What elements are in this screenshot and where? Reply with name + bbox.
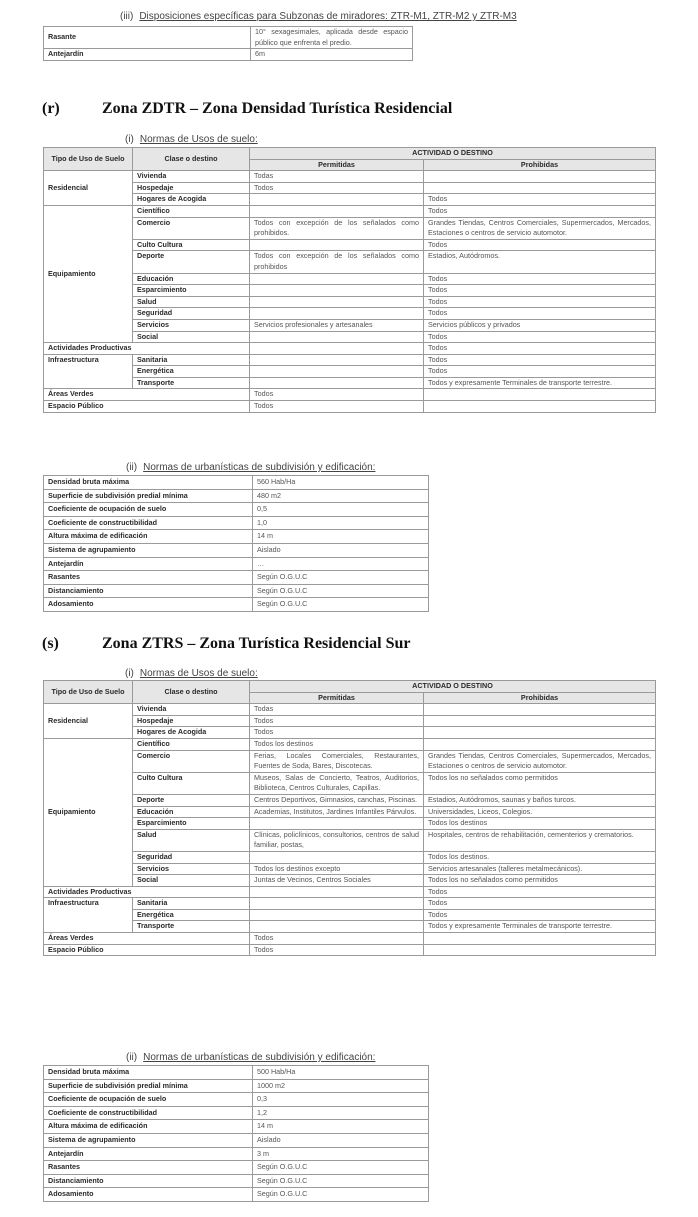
header-actividad: ACTIVIDAD O DESTINO xyxy=(250,681,656,693)
use-class: Educación xyxy=(133,273,250,285)
prohibited-cell: Hospitales, centros de rehabilitación, c… xyxy=(424,829,656,851)
prohibited-cell xyxy=(424,401,656,413)
norm-value: Aislado xyxy=(253,543,429,557)
table-row: Hogares de AcogidaTodos xyxy=(44,727,656,739)
prohibited-cell: Todos xyxy=(424,194,656,206)
prohibited-cell xyxy=(424,944,656,956)
allowed-cell xyxy=(250,354,424,366)
use-class: Hogares de Acogida xyxy=(133,727,250,739)
table-row: Antejardín… xyxy=(44,557,429,571)
norm-value: 1,2 xyxy=(253,1106,429,1120)
table-row: TransporteTodos y expresamente Terminale… xyxy=(44,921,656,933)
table-row: ResidencialViviendaTodas xyxy=(44,704,656,716)
use-type: Áreas Verdes xyxy=(44,389,250,401)
table-row: Superficie de subdivisión predial mínima… xyxy=(44,1079,429,1093)
allowed-cell: Todos xyxy=(250,933,424,945)
norm-value: … xyxy=(253,557,429,571)
use-type: Espacio Público xyxy=(44,944,250,956)
table-row: Antejardín 6m xyxy=(44,49,413,61)
allowed-cell: Clínicas, policlínicos, consultorios, ce… xyxy=(250,829,424,851)
table-row: EnergéticaTodos xyxy=(44,909,656,921)
row-value: 10° sexagesimales, aplicada desde espaci… xyxy=(251,27,413,49)
use-class: Salud xyxy=(133,829,250,851)
norms-table-zdtr: Densidad bruta máxima560 Hab/HaSuperfici… xyxy=(43,475,429,612)
use-class: Energética xyxy=(133,909,250,921)
use-class: Deporte xyxy=(133,794,250,806)
norm-value: Según O.G.U.C xyxy=(253,1161,429,1175)
table-row: Altura máxima de edificación14 m xyxy=(44,1120,429,1134)
norm-label: Densidad bruta máxima xyxy=(44,476,253,490)
prohibited-cell xyxy=(424,182,656,194)
norms-caption: (ii)Normas de urbanísticas de subdivisió… xyxy=(126,462,375,473)
use-type: Áreas Verdes xyxy=(44,933,250,945)
prohibited-cell: Universidades, Liceos, Colegios. xyxy=(424,806,656,818)
use-class: Seguridad xyxy=(133,308,250,320)
table-row: SaludTodos xyxy=(44,296,656,308)
allowed-cell: Todos con excepción de los señalados com… xyxy=(250,251,424,273)
prohibited-cell xyxy=(424,727,656,739)
allowed-cell xyxy=(250,205,424,217)
row-label: Antejardín xyxy=(44,49,251,61)
table-row: Áreas VerdesTodos xyxy=(44,933,656,945)
table-row: SeguridadTodos los destinos. xyxy=(44,851,656,863)
prohibited-cell: Estadios, Autódromos, saunas y baños tur… xyxy=(424,794,656,806)
zone-title: Zona ZDTR – Zona Densidad Turística Resi… xyxy=(102,100,452,117)
prohibited-cell: Servicios públicos y privados xyxy=(424,319,656,331)
allowed-cell xyxy=(250,239,424,251)
prohibited-cell: Todos xyxy=(424,308,656,320)
table-row: Altura máxima de edificación14 m xyxy=(44,530,429,544)
use-class: Hospedaje xyxy=(133,715,250,727)
table-row: Rasante 10° sexagesimales, aplicada desd… xyxy=(44,27,413,49)
use-class: Servicios xyxy=(133,863,250,875)
miradores-table: Rasante 10° sexagesimales, aplicada desd… xyxy=(43,26,413,61)
norm-label: Superficie de subdivisión predial mínima xyxy=(44,1079,253,1093)
table-row: DistanciamientoSegún O.G.U.C xyxy=(44,1174,429,1188)
use-type: Equipamiento xyxy=(44,205,133,342)
use-class: Hogares de Acogida xyxy=(133,194,250,206)
prohibited-cell: Todos y expresamente Terminales de trans… xyxy=(424,377,656,389)
table-row: ServiciosServicios profesionales y artes… xyxy=(44,319,656,331)
use-type: Actividades Productivas xyxy=(44,886,250,898)
urban-norms-table: Densidad bruta máxima500 Hab/HaSuperfici… xyxy=(43,1065,429,1202)
caption-number: (iii) xyxy=(120,11,133,22)
table-row: DeporteTodos con excepción de los señala… xyxy=(44,251,656,273)
table-row: Actividades ProductivasTodos xyxy=(44,343,656,355)
header-actividad: ACTIVIDAD O DESTINO xyxy=(250,148,656,160)
use-class: Esparcimiento xyxy=(133,818,250,830)
norm-label: Adosamiento xyxy=(44,1188,253,1202)
table-row: Sistema de agrupamientoAislado xyxy=(44,543,429,557)
norm-label: Densidad bruta máxima xyxy=(44,1066,253,1080)
use-class: Comercio xyxy=(133,750,250,772)
use-class: Sanitaria xyxy=(133,354,250,366)
use-class: Deporte xyxy=(133,251,250,273)
table-row: Densidad bruta máxima560 Hab/Ha xyxy=(44,476,429,490)
use-type: Espacio Público xyxy=(44,401,250,413)
table-row: Coeficiente de constructibilidad1,2 xyxy=(44,1106,429,1120)
table-row: ServiciosTodos los destinos exceptoServi… xyxy=(44,863,656,875)
table-row: HospedajeTodos xyxy=(44,182,656,194)
allowed-cell xyxy=(250,331,424,343)
table-row: Culto CulturaMuseos, Salas de Concierto,… xyxy=(44,772,656,794)
table-row: EsparcimientoTodos xyxy=(44,285,656,297)
table-row: RasantesSegún O.G.U.C xyxy=(44,571,429,585)
uses-table-ztrs: Tipo de Uso de SueloClase o destinoACTIV… xyxy=(43,680,656,956)
zone-heading-zdtr: (r)Zona ZDTR – Zona Densidad Turística R… xyxy=(42,100,452,118)
table-row: SeguridadTodos xyxy=(44,308,656,320)
prohibited-cell xyxy=(424,171,656,183)
prohibited-cell: Todos xyxy=(424,898,656,910)
norm-value: 14 m xyxy=(253,1120,429,1134)
table-row: Densidad bruta máxima500 Hab/Ha xyxy=(44,1066,429,1080)
allowed-cell: Todos los destinos xyxy=(250,738,424,750)
table-row: Coeficiente de constructibilidad1,0 xyxy=(44,516,429,530)
header-prohibidas: Prohibidas xyxy=(424,159,656,171)
allowed-cell xyxy=(250,898,424,910)
use-class: Vivienda xyxy=(133,704,250,716)
prohibited-cell: Todos xyxy=(424,239,656,251)
use-class: Sanitaria xyxy=(133,898,250,910)
use-type: Equipamiento xyxy=(44,738,133,886)
table-row: EsparcimientoTodos los destinos xyxy=(44,818,656,830)
header-clase: Clase o destino xyxy=(133,681,250,704)
use-class: Esparcimiento xyxy=(133,285,250,297)
norm-label: Antejardín xyxy=(44,1147,253,1161)
allowed-cell: Todas xyxy=(250,171,424,183)
norm-value: 480 m2 xyxy=(253,489,429,503)
prohibited-cell: Todos xyxy=(424,331,656,343)
use-class: Comercio xyxy=(133,217,250,239)
use-class: Científico xyxy=(133,205,250,217)
use-type: Infraestructura xyxy=(44,898,133,933)
norm-value: Según O.G.U.C xyxy=(253,598,429,612)
norm-label: Altura máxima de edificación xyxy=(44,1120,253,1134)
table-row: SaludClínicas, policlínicos, consultorio… xyxy=(44,829,656,851)
allowed-cell xyxy=(250,909,424,921)
norm-value: 500 Hab/Ha xyxy=(253,1066,429,1080)
header-clase: Clase o destino xyxy=(133,148,250,171)
allowed-cell: Museos, Salas de Concierto, Teatros, Aud… xyxy=(250,772,424,794)
prohibited-cell xyxy=(424,933,656,945)
row-value: 6m xyxy=(251,49,413,61)
norm-label: Coeficiente de constructibilidad xyxy=(44,1106,253,1120)
norm-label: Coeficiente de ocupación de suelo xyxy=(44,503,253,517)
use-class: Salud xyxy=(133,296,250,308)
prohibited-cell: Servicios artesanales (talleres metalmec… xyxy=(424,863,656,875)
table-row: EducaciónAcademias, Institutos, Jardines… xyxy=(44,806,656,818)
table-row: SocialJuntas de Vecinos, Centros Sociale… xyxy=(44,875,656,887)
caption-text: Normas de Usos de suelo: xyxy=(140,134,258,145)
allowed-cell xyxy=(250,308,424,320)
allowed-cell xyxy=(250,366,424,378)
table-row: Sistema de agrupamientoAislado xyxy=(44,1133,429,1147)
table-row: DeporteCentros Deportivos, Gimnasios, ca… xyxy=(44,794,656,806)
norms-caption: (ii)Normas de urbanísticas de subdivisió… xyxy=(126,1052,375,1063)
prohibited-cell: Todos xyxy=(424,886,656,898)
prohibited-cell: Todos xyxy=(424,366,656,378)
norm-label: Altura máxima de edificación xyxy=(44,530,253,544)
norm-label: Distanciamiento xyxy=(44,584,253,598)
table-row: Actividades ProductivasTodos xyxy=(44,886,656,898)
allowed-cell xyxy=(250,273,424,285)
prohibited-cell: Todos xyxy=(424,343,656,355)
table-row: SocialTodos xyxy=(44,331,656,343)
table-row: InfraestructuraSanitariaTodos xyxy=(44,898,656,910)
use-type: Infraestructura xyxy=(44,354,133,389)
table-row: Coeficiente de ocupación de suelo0,5 xyxy=(44,503,429,517)
allowed-cell: Todos xyxy=(250,401,424,413)
header-prohibidas: Prohibidas xyxy=(424,692,656,704)
use-class: Transporte xyxy=(133,377,250,389)
prohibited-cell: Todos los no señalados como permitidos xyxy=(424,875,656,887)
use-type: Residencial xyxy=(44,171,133,206)
header-row: Tipo de Uso de SueloClase o destinoACTIV… xyxy=(44,148,656,160)
norm-value: Según O.G.U.C xyxy=(253,584,429,598)
norm-label: Rasantes xyxy=(44,1161,253,1175)
allowed-cell: Centros Deportivos, Gimnasios, canchas, … xyxy=(250,794,424,806)
prohibited-cell: Todos xyxy=(424,285,656,297)
caption-text: Normas de urbanísticas de subdivisión y … xyxy=(143,1052,375,1063)
table-row: ResidencialViviendaTodas xyxy=(44,171,656,183)
table-row: Espacio PúblicoTodos xyxy=(44,944,656,956)
allowed-cell xyxy=(250,851,424,863)
table-row: InfraestructuraSanitariaTodos xyxy=(44,354,656,366)
table-row: EquipamientoCientíficoTodos xyxy=(44,205,656,217)
use-class: Hospedaje xyxy=(133,182,250,194)
table-row: TransporteTodos y expresamente Terminale… xyxy=(44,377,656,389)
norm-label: Coeficiente de ocupación de suelo xyxy=(44,1093,253,1107)
norm-value: Según O.G.U.C xyxy=(253,571,429,585)
table-row: Antejardín3 m xyxy=(44,1147,429,1161)
zone-title: Zona ZTRS – Zona Turística Residencial S… xyxy=(102,635,411,652)
use-class: Energética xyxy=(133,366,250,378)
caption-text: Normas de urbanísticas de subdivisión y … xyxy=(143,462,375,473)
allowed-cell: Todos xyxy=(250,182,424,194)
norm-label: Antejardín xyxy=(44,557,253,571)
table-row: Culto CulturaTodos xyxy=(44,239,656,251)
prohibited-cell xyxy=(424,738,656,750)
allowed-cell: Todas xyxy=(250,704,424,716)
miradores-caption: (iii)Disposiciones específicas para Subz… xyxy=(120,11,517,22)
norm-value: 0,5 xyxy=(253,503,429,517)
prohibited-cell: Todos los destinos. xyxy=(424,851,656,863)
caption-number: (i) xyxy=(125,134,134,145)
norm-label: Coeficiente de constructibilidad xyxy=(44,516,253,530)
allowed-cell: Todos los destinos excepto xyxy=(250,863,424,875)
table-row: RasantesSegún O.G.U.C xyxy=(44,1161,429,1175)
zone-letter: (r) xyxy=(42,100,102,118)
land-use-table: Tipo de Uso de SueloClase o destinoACTIV… xyxy=(43,147,656,413)
header-tipo: Tipo de Uso de Suelo xyxy=(44,681,133,704)
use-class: Científico xyxy=(133,738,250,750)
caption-number: (ii) xyxy=(126,1052,137,1063)
allowed-cell xyxy=(250,886,424,898)
norm-label: Rasantes xyxy=(44,571,253,585)
caption-number: (ii) xyxy=(126,462,137,473)
use-class: Social xyxy=(133,875,250,887)
allowed-cell: Todos xyxy=(250,389,424,401)
prohibited-cell: Grandes Tiendas, Centros Comerciales, Su… xyxy=(424,750,656,772)
prohibited-cell: Todos los destinos xyxy=(424,818,656,830)
allowed-cell: Academias, Institutos, Jardines Infantil… xyxy=(250,806,424,818)
use-class: Transporte xyxy=(133,921,250,933)
table-row: Hogares de AcogidaTodos xyxy=(44,194,656,206)
prohibited-cell: Todos los no señalados como permitidos xyxy=(424,772,656,794)
prohibited-cell xyxy=(424,704,656,716)
prohibited-cell: Todos xyxy=(424,909,656,921)
use-class: Vivienda xyxy=(133,171,250,183)
table-row: AdosamientoSegún O.G.U.C xyxy=(44,1188,429,1202)
norm-value: 1000 m2 xyxy=(253,1079,429,1093)
prohibited-cell xyxy=(424,389,656,401)
use-class: Culto Cultura xyxy=(133,239,250,251)
allowed-cell xyxy=(250,921,424,933)
allowed-cell xyxy=(250,343,424,355)
prohibited-cell: Todos xyxy=(424,205,656,217)
allowed-cell: Ferias, Locales Comerciales, Restaurante… xyxy=(250,750,424,772)
prohibited-cell: Todos xyxy=(424,354,656,366)
caption-number: (i) xyxy=(125,668,134,679)
norm-value: 1,0 xyxy=(253,516,429,530)
row-label: Rasante xyxy=(44,27,251,49)
allowed-cell xyxy=(250,377,424,389)
norm-value: Según O.G.U.C xyxy=(253,1188,429,1202)
caption-text: Disposiciones específicas para Subzonas … xyxy=(139,11,516,22)
table-row: ComercioFerias, Locales Comerciales, Res… xyxy=(44,750,656,772)
norm-label: Sistema de agrupamiento xyxy=(44,1133,253,1147)
prohibited-cell xyxy=(424,715,656,727)
table-row: DistanciamientoSegún O.G.U.C xyxy=(44,584,429,598)
prohibited-cell: Grandes Tiendas, Centros Comerciales, Su… xyxy=(424,217,656,239)
prohibited-cell: Estadios, Autódromos. xyxy=(424,251,656,273)
table-row: Superficie de subdivisión predial mínima… xyxy=(44,489,429,503)
zone-heading-ztrs: (s)Zona ZTRS – Zona Turística Residencia… xyxy=(42,635,411,653)
use-class: Educación xyxy=(133,806,250,818)
caption-text: Normas de Usos de suelo: xyxy=(140,668,258,679)
norm-value: 0,3 xyxy=(253,1093,429,1107)
allowed-cell xyxy=(250,285,424,297)
header-permitidas: Permitidas xyxy=(250,692,424,704)
table-row: Espacio PúblicoTodos xyxy=(44,401,656,413)
allowed-cell: Servicios profesionales y artesanales xyxy=(250,319,424,331)
table-row: AdosamientoSegún O.G.U.C xyxy=(44,598,429,612)
zone-letter: (s) xyxy=(42,635,102,653)
use-class: Seguridad xyxy=(133,851,250,863)
prohibited-cell: Todos xyxy=(424,273,656,285)
table-row: Áreas VerdesTodos xyxy=(44,389,656,401)
norm-label: Adosamiento xyxy=(44,598,253,612)
use-class: Servicios xyxy=(133,319,250,331)
header-row: Tipo de Uso de SueloClase o destinoACTIV… xyxy=(44,681,656,693)
allowed-cell: Todos con excepción de los señalados com… xyxy=(250,217,424,239)
norm-label: Superficie de subdivisión predial mínima xyxy=(44,489,253,503)
allowed-cell: Todos xyxy=(250,944,424,956)
header-permitidas: Permitidas xyxy=(250,159,424,171)
table-row: ComercioTodos con excepción de los señal… xyxy=(44,217,656,239)
use-class: Social xyxy=(133,331,250,343)
allowed-cell xyxy=(250,818,424,830)
table-row: HospedajeTodos xyxy=(44,715,656,727)
prohibited-cell: Todos xyxy=(424,296,656,308)
allowed-cell: Todos xyxy=(250,715,424,727)
norm-value: Aislado xyxy=(253,1133,429,1147)
allowed-cell: Juntas de Vecinos, Centros Sociales xyxy=(250,875,424,887)
table-row: EnergéticaTodos xyxy=(44,366,656,378)
uses-caption: (i)Normas de Usos de suelo: xyxy=(125,134,258,145)
table-row: EducaciónTodos xyxy=(44,273,656,285)
use-type: Residencial xyxy=(44,704,133,739)
norm-value: 560 Hab/Ha xyxy=(253,476,429,490)
header-tipo: Tipo de Uso de Suelo xyxy=(44,148,133,171)
use-class: Culto Cultura xyxy=(133,772,250,794)
allowed-cell: Todos xyxy=(250,727,424,739)
urban-norms-table: Densidad bruta máxima560 Hab/HaSuperfici… xyxy=(43,475,429,612)
allowed-cell xyxy=(250,194,424,206)
norm-label: Sistema de agrupamiento xyxy=(44,543,253,557)
uses-caption: (i)Normas de Usos de suelo: xyxy=(125,668,258,679)
table-row: Coeficiente de ocupación de suelo0,3 xyxy=(44,1093,429,1107)
use-type: Actividades Productivas xyxy=(44,343,250,355)
norm-value: 14 m xyxy=(253,530,429,544)
table-row: EquipamientoCientíficoTodos los destinos xyxy=(44,738,656,750)
norm-label: Distanciamiento xyxy=(44,1174,253,1188)
norm-value: 3 m xyxy=(253,1147,429,1161)
uses-table-zdtr: Tipo de Uso de SueloClase o destinoACTIV… xyxy=(43,147,656,413)
land-use-table: Tipo de Uso de SueloClase o destinoACTIV… xyxy=(43,680,656,956)
norms-table-ztrs: Densidad bruta máxima500 Hab/HaSuperfici… xyxy=(43,1065,429,1202)
norm-value: Según O.G.U.C xyxy=(253,1174,429,1188)
allowed-cell xyxy=(250,296,424,308)
prohibited-cell: Todos y expresamente Terminales de trans… xyxy=(424,921,656,933)
